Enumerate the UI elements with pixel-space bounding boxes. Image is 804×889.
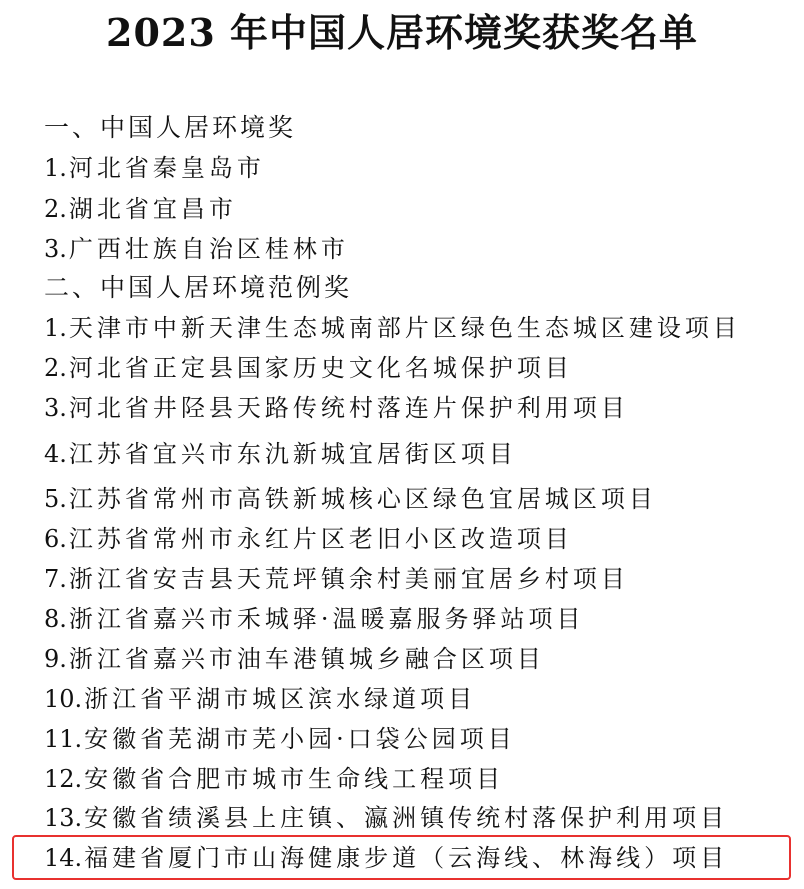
list-item: 11.安徽省芜湖市芜小园·口袋公园项目 bbox=[44, 723, 516, 755]
item-number: 2. bbox=[44, 195, 67, 223]
item-number: 3. bbox=[44, 394, 67, 422]
item-number: 4. bbox=[44, 440, 67, 468]
item-number: 11. bbox=[44, 725, 82, 753]
item-number: 6. bbox=[44, 525, 67, 553]
item-text: 江苏省常州市高铁新城核心区绿色宜居城区项目 bbox=[69, 485, 657, 513]
item-number: 1. bbox=[44, 314, 67, 342]
list-item: 2.河北省正定县国家历史文化名城保护项目 bbox=[44, 352, 573, 384]
list-item: 1.河北省秦皇岛市 bbox=[44, 152, 265, 184]
list-item: 12.安徽省合肥市城市生命线工程项目 bbox=[44, 763, 504, 795]
list-item: 6.江苏省常州市永红片区老旧小区改造项目 bbox=[44, 523, 573, 555]
item-text: 安徽省芜湖市芜小园·口袋公园项目 bbox=[84, 725, 516, 753]
item-number: 13. bbox=[44, 804, 82, 832]
item-number: 10. bbox=[44, 685, 82, 713]
list-item: 3.河北省井陉县天路传统村落连片保护利用项目 bbox=[44, 392, 629, 424]
item-number: 3. bbox=[44, 235, 67, 263]
list-item: 10.浙江省平湖市城区滨水绿道项目 bbox=[44, 683, 476, 715]
document-title: 2023 年中国人居环境奖获奖名单 bbox=[0, 8, 804, 58]
item-text: 湖北省宜昌市 bbox=[69, 195, 237, 223]
list-item: 8.浙江省嘉兴市禾城驿·温暖嘉服务驿站项目 bbox=[44, 603, 585, 635]
item-text: 河北省井陉县天路传统村落连片保护利用项目 bbox=[69, 394, 629, 422]
item-number: 7. bbox=[44, 565, 67, 593]
item-text: 河北省秦皇岛市 bbox=[69, 154, 265, 182]
list-item: 1.天津市中新天津生态城南部片区绿色生态城区建设项目 bbox=[44, 312, 741, 344]
list-item: 9.浙江省嘉兴市油车港镇城乡融合区项目 bbox=[44, 643, 545, 675]
item-text: 浙江省平湖市城区滨水绿道项目 bbox=[84, 685, 476, 713]
item-number: 9. bbox=[44, 645, 67, 673]
list-item: 5.江苏省常州市高铁新城核心区绿色宜居城区项目 bbox=[44, 483, 657, 515]
item-text: 江苏省常州市永红片区老旧小区改造项目 bbox=[69, 525, 573, 553]
item-text: 江苏省宜兴市东氿新城宜居街区项目 bbox=[69, 440, 517, 468]
item-text: 安徽省合肥市城市生命线工程项目 bbox=[84, 765, 504, 793]
section-heading-model-award: 二、中国人居环境范例奖 bbox=[44, 272, 352, 304]
item-text: 河北省正定县国家历史文化名城保护项目 bbox=[69, 354, 573, 382]
item-number: 2. bbox=[44, 354, 67, 382]
item-number: 14. bbox=[44, 844, 82, 872]
list-item: 13.安徽省绩溪县上庄镇、瀛洲镇传统村落保护利用项目 bbox=[44, 802, 728, 834]
list-item: 7.浙江省安吉县天荒坪镇余村美丽宜居乡村项目 bbox=[44, 563, 629, 595]
item-text: 浙江省嘉兴市油车港镇城乡融合区项目 bbox=[69, 645, 545, 673]
item-number: 12. bbox=[44, 765, 82, 793]
item-number: 1. bbox=[44, 154, 67, 182]
item-text: 天津市中新天津生态城南部片区绿色生态城区建设项目 bbox=[69, 314, 741, 342]
item-number: 5. bbox=[44, 485, 67, 513]
list-item: 3.广西壮族自治区桂林市 bbox=[44, 233, 349, 265]
item-text: 浙江省安吉县天荒坪镇余村美丽宜居乡村项目 bbox=[69, 565, 629, 593]
item-number: 8. bbox=[44, 605, 67, 633]
list-item: 4.江苏省宜兴市东氿新城宜居街区项目 bbox=[44, 438, 517, 470]
item-text: 安徽省绩溪县上庄镇、瀛洲镇传统村落保护利用项目 bbox=[84, 804, 728, 832]
item-text: 广西壮族自治区桂林市 bbox=[69, 235, 349, 263]
list-item: 2.湖北省宜昌市 bbox=[44, 193, 237, 225]
item-text: 浙江省嘉兴市禾城驿·温暖嘉服务驿站项目 bbox=[69, 605, 585, 633]
section-heading-residential-award: 一、中国人居环境奖 bbox=[44, 112, 296, 144]
item-text: 福建省厦门市山海健康步道（云海线、林海线）项目 bbox=[84, 844, 728, 872]
list-item-highlighted: 14.福建省厦门市山海健康步道（云海线、林海线）项目 bbox=[44, 842, 728, 874]
